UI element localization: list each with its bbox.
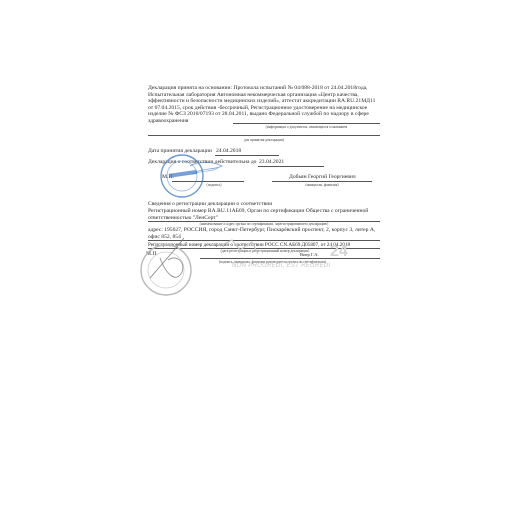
underline-validity	[258, 166, 324, 167]
caption-info-2: для принятия декларации)	[148, 138, 380, 142]
gray-stamp-icon: 24	[140, 228, 380, 298]
signer-name: Добьян Георгий Георгиевич	[289, 174, 356, 181]
basis-paragraph: Декларация принята на основании: Протоко…	[148, 85, 380, 125]
caption-body-name: (наименование и адрес органа по сертифик…	[148, 222, 380, 226]
registration-body: Регистрационный номер RA.RU.11АБ69, Орга…	[148, 208, 380, 221]
registration-heading: Сведения о регистрации декларации о соот…	[148, 201, 272, 208]
underline-info-2	[148, 135, 380, 136]
blue-stamp-icon	[160, 152, 232, 200]
caption-info-1: (информация о документах, являющихся осн…	[233, 125, 380, 129]
svg-text:24: 24	[330, 243, 348, 260]
caption-initials: (инициалы, фамилия)	[272, 183, 372, 187]
